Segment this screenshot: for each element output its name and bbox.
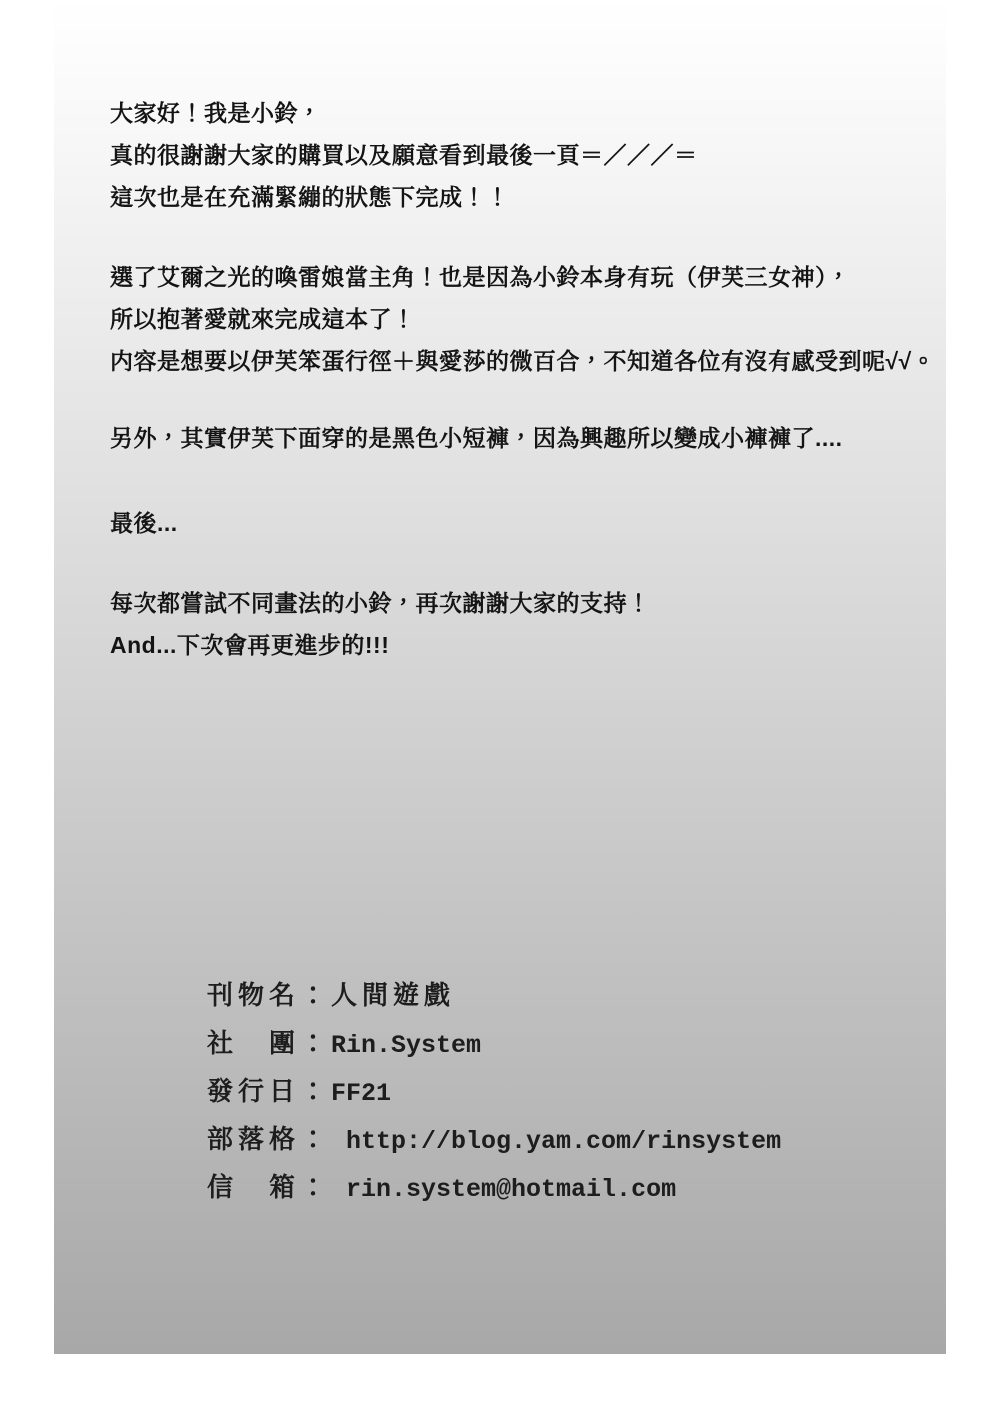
publication-title: 人間遊戲 (331, 981, 455, 1011)
afterword-line: 大家好！我是小鈴， (110, 92, 698, 134)
colophon-row-title: 刊物名：人間遊戲 (207, 972, 781, 1020)
colophon-label-title: 刊物名： (207, 981, 331, 1011)
afterword-paragraph-greeting: 大家好！我是小鈴， 真的很謝謝大家的購買以及願意看到最後一頁＝／／／＝ 這次也是… (110, 92, 698, 218)
afterword-line: And...下次會再更進步的!!! (110, 624, 651, 666)
colophon-row-release: 發行日：FF21 (207, 1068, 781, 1116)
colophon-label-circle: 社 團： (207, 1029, 331, 1059)
afterword-paragraph-finally: 最後... (110, 502, 178, 544)
afterword-line: 真的很謝謝大家的購買以及願意看到最後一頁＝／／／＝ (110, 134, 698, 176)
colophon-label-email: 信 箱： (207, 1173, 331, 1203)
colophon: 刊物名：人間遊戲 社 團：Rin.System 發行日：FF21 部落格： ht… (207, 972, 781, 1212)
circle-name: Rin.System (331, 1031, 481, 1060)
colophon-label-release: 發行日： (207, 1077, 331, 1107)
afterword-line: 所以抱著愛就來完成這本了！ (110, 298, 935, 340)
release-event: FF21 (331, 1079, 391, 1108)
colophon-label-blog: 部落格： (207, 1125, 331, 1155)
colophon-row-blog: 部落格： http://blog.yam.com/rinsystem (207, 1116, 781, 1164)
afterword-paragraph-note: 另外，其實伊芙下面穿的是黑色小短褲，因為興趣所以變成小褲褲了.... (110, 417, 843, 459)
afterword-paragraph-theme: 選了艾爾之光的喚雷娘當主角！也是因為小鈴本身有玩（伊芙三女神）， 所以抱著愛就來… (110, 256, 935, 382)
afterword-line: 内容是想要以伊芙笨蛋行徑＋與愛莎的微百合，不知道各位有沒有感受到呢√√。 (110, 340, 935, 382)
afterword-line: 選了艾爾之光的喚雷娘當主角！也是因為小鈴本身有玩（伊芙三女神）， (110, 256, 935, 298)
afterword-line: 這次也是在充滿緊繃的狀態下完成！！ (110, 176, 698, 218)
scanned-page-background: 大家好！我是小鈴， 真的很謝謝大家的購買以及願意看到最後一頁＝／／／＝ 這次也是… (54, 0, 946, 1354)
afterword-line: 最後... (110, 502, 178, 544)
blog-url: http://blog.yam.com/rinsystem (331, 1127, 781, 1156)
colophon-row-circle: 社 團：Rin.System (207, 1020, 781, 1068)
afterword-page: { "page": { "type": "doujinshi-afterword… (0, 0, 1000, 1412)
email-address: rin.system@hotmail.com (331, 1175, 676, 1204)
afterword-paragraph-thanks: 每次都嘗試不同畫法的小鈴，再次謝謝大家的支持！ And...下次會再更進步的!!… (110, 582, 651, 666)
colophon-row-email: 信 箱： rin.system@hotmail.com (207, 1164, 781, 1212)
afterword-line: 另外，其實伊芙下面穿的是黑色小短褲，因為興趣所以變成小褲褲了.... (110, 417, 843, 459)
afterword-line: 每次都嘗試不同畫法的小鈴，再次謝謝大家的支持！ (110, 582, 651, 624)
